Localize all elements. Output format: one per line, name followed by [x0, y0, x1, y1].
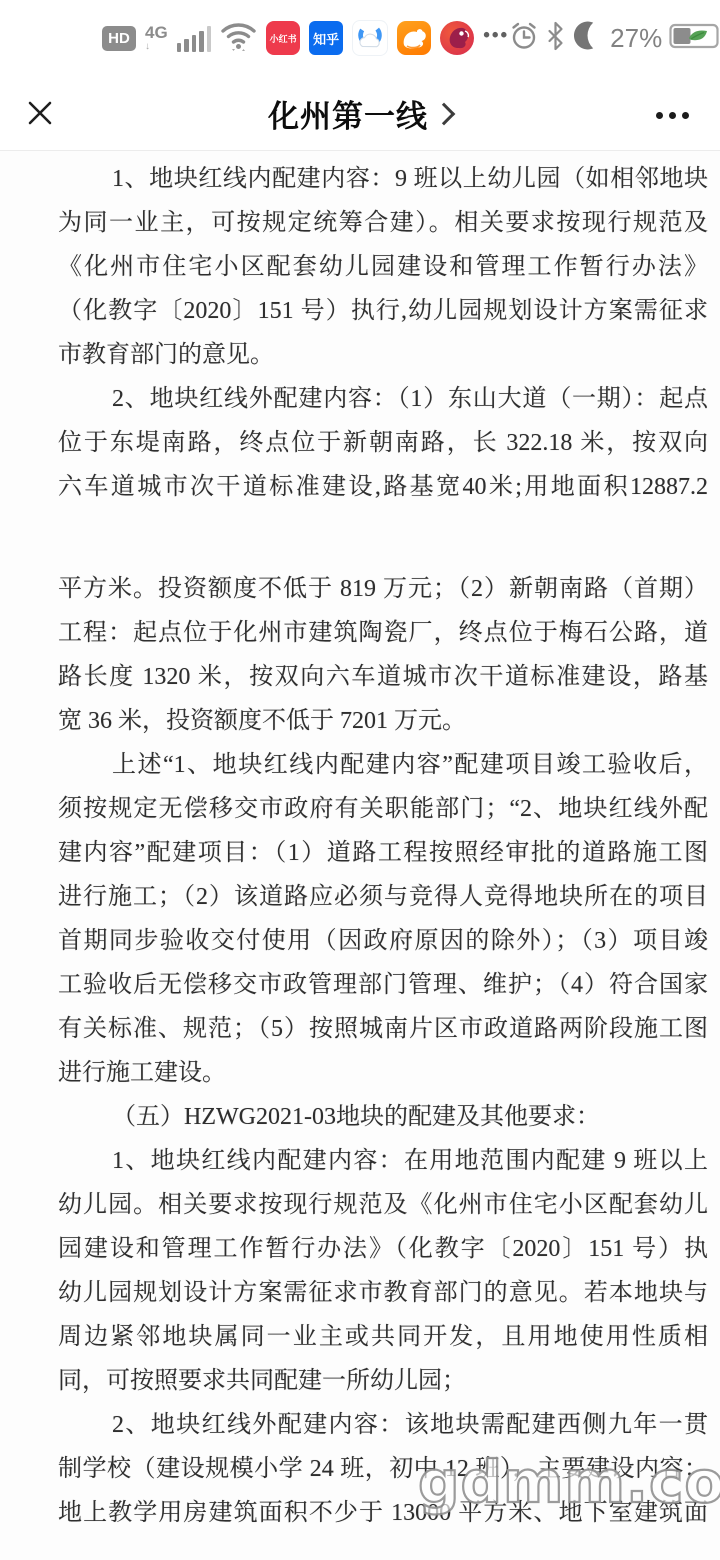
- title-bar: 化州第一线: [0, 76, 720, 151]
- document-line: 进行施工；（2）该道路应必须与竞得人竞得地块所在的项目: [58, 875, 708, 919]
- signal-bars-icon: [177, 25, 212, 52]
- close-button[interactable]: [18, 92, 62, 136]
- wifi-icon: [220, 21, 257, 56]
- status-bar: HD 4G ↓ 小红书 知乎: [0, 0, 720, 76]
- chevron-right-icon: [433, 103, 456, 126]
- document-line: 1、地块红线内配建内容：9 班以上幼儿园（如相邻地块: [58, 157, 708, 201]
- document-line: 须按规定无偿移交市政府有关职能部门；“2、地块红线外配: [58, 787, 708, 831]
- document-line: 幼儿园规划设计方案需征求市教育部门的意见。若本地块与: [58, 1271, 708, 1315]
- official-account-link[interactable]: 化州第一线: [0, 91, 720, 136]
- document-line: 2、地块红线外配建内容：（1）东山大道（一期）：起点: [58, 377, 708, 421]
- document-line: 同，可按照要求共同配建一所幼儿园；: [58, 1359, 708, 1403]
- document-lines: 1、地块红线内配建内容：9 班以上幼儿园（如相邻地块为同一业主，可按规定统筹合建…: [58, 157, 708, 1535]
- battery-percent: 27%: [610, 23, 662, 54]
- document-line: 《化州市住宅小区配套幼儿园建设和管理工作暂行办法》: [58, 245, 708, 289]
- alarm-icon: [509, 21, 539, 56]
- document-line: 幼儿园。相关要求按现行规范及《化州市住宅小区配套幼儿: [58, 1183, 708, 1227]
- document-line: 园建设和管理工作暂行办法》（化教字〔2020〕151 号）执行，: [58, 1227, 708, 1271]
- document-line: 进行施工建设。: [58, 1051, 708, 1095]
- zhihu-app-icon: 知乎: [309, 21, 343, 55]
- battery-saver-icon: [669, 22, 720, 55]
- close-icon: [25, 116, 55, 131]
- document-line: 周边紧邻地块属同一业主或共同开发，且用地使用性质相: [58, 1315, 708, 1359]
- more-icon: [656, 112, 689, 119]
- document-line: 六车道城市次干道标准建设,路基宽40米;用地面积12887.2: [58, 465, 708, 509]
- document-line: 有关标准、规范；（5）按照城南片区市政道路两阶段施工图: [58, 1007, 708, 1051]
- network-arrows: ↓: [145, 42, 150, 52]
- document-line: 路长度 1320 米，按双向六车道城市次干道标准建设，路基: [58, 655, 708, 699]
- document-line: 建内容”配建项目：（1）道路工程按照经审批的道路施工图: [58, 831, 708, 875]
- document-line: 宽 36 米，投资额度不低于 7201 万元。: [58, 699, 708, 743]
- document-line: 市教育部门的意见。: [58, 333, 708, 377]
- article-content[interactable]: 1、地块红线内配建内容：9 班以上幼儿园（如相邻地块为同一业主，可按规定统筹合建…: [0, 150, 720, 1560]
- status-overflow-dots: •••: [483, 26, 509, 51]
- status-bar-right: 27% 3:20: [509, 20, 720, 56]
- moon-icon: [572, 20, 603, 56]
- network-type: 4G ↓: [145, 24, 168, 52]
- document-line: 工验收后无偿移交市政管理部门管理、维护；（4）符合国家: [58, 963, 708, 1007]
- document-line: 首期同步验收交付使用（因政府原因的除外）；（3）项目竣: [58, 919, 708, 963]
- status-bar-left: HD 4G ↓ 小红书 知乎: [102, 20, 509, 56]
- document-line: 平方米。投资额度不低于 819 万元；（2）新朝南路（首期）: [58, 567, 708, 611]
- uc-browser-app-icon: [397, 21, 431, 55]
- document-line: 位于东堤南路，终点位于新朝南路，长 322.18 米，按双向: [58, 421, 708, 465]
- bluetooth-icon: [546, 21, 565, 56]
- document-line: 工程：起点位于化州市建筑陶瓷厂，终点位于梅石公路，道: [58, 611, 708, 655]
- document-line: 为同一业主，可按规定统筹合建）。相关要求按现行规范及: [58, 201, 708, 245]
- hd-badge: HD: [102, 26, 136, 51]
- parrot-app-icon: [440, 21, 474, 55]
- more-button[interactable]: [642, 98, 702, 132]
- weather-app-icon: [352, 20, 388, 56]
- page-title: 化州第一线: [268, 91, 428, 136]
- document-line: 1、地块红线内配建内容：在用地范围内配建 9 班以上: [58, 1139, 708, 1183]
- document-line: 制学校（建设规模小学 24 班，初中 12 班），主要建设内容：: [58, 1447, 708, 1491]
- document-line: 2、地块红线外配建内容：该地块需配建西侧九年一贯: [58, 1403, 708, 1447]
- document-line: （五）HZWG2021-03地块的配建及其他要求：: [58, 1095, 708, 1139]
- xiaohongshu-app-icon: 小红书: [266, 21, 300, 55]
- document-line: （化教字〔2020〕151 号）执行,幼儿园规划设计方案需征求: [58, 289, 708, 333]
- document-line: 上述“1、地块红线内配建内容”配建项目竣工验收后，: [58, 743, 708, 787]
- document-line: 地上教学用房建筑面积不少于 13000 平方米、地下室建筑面: [58, 1491, 708, 1535]
